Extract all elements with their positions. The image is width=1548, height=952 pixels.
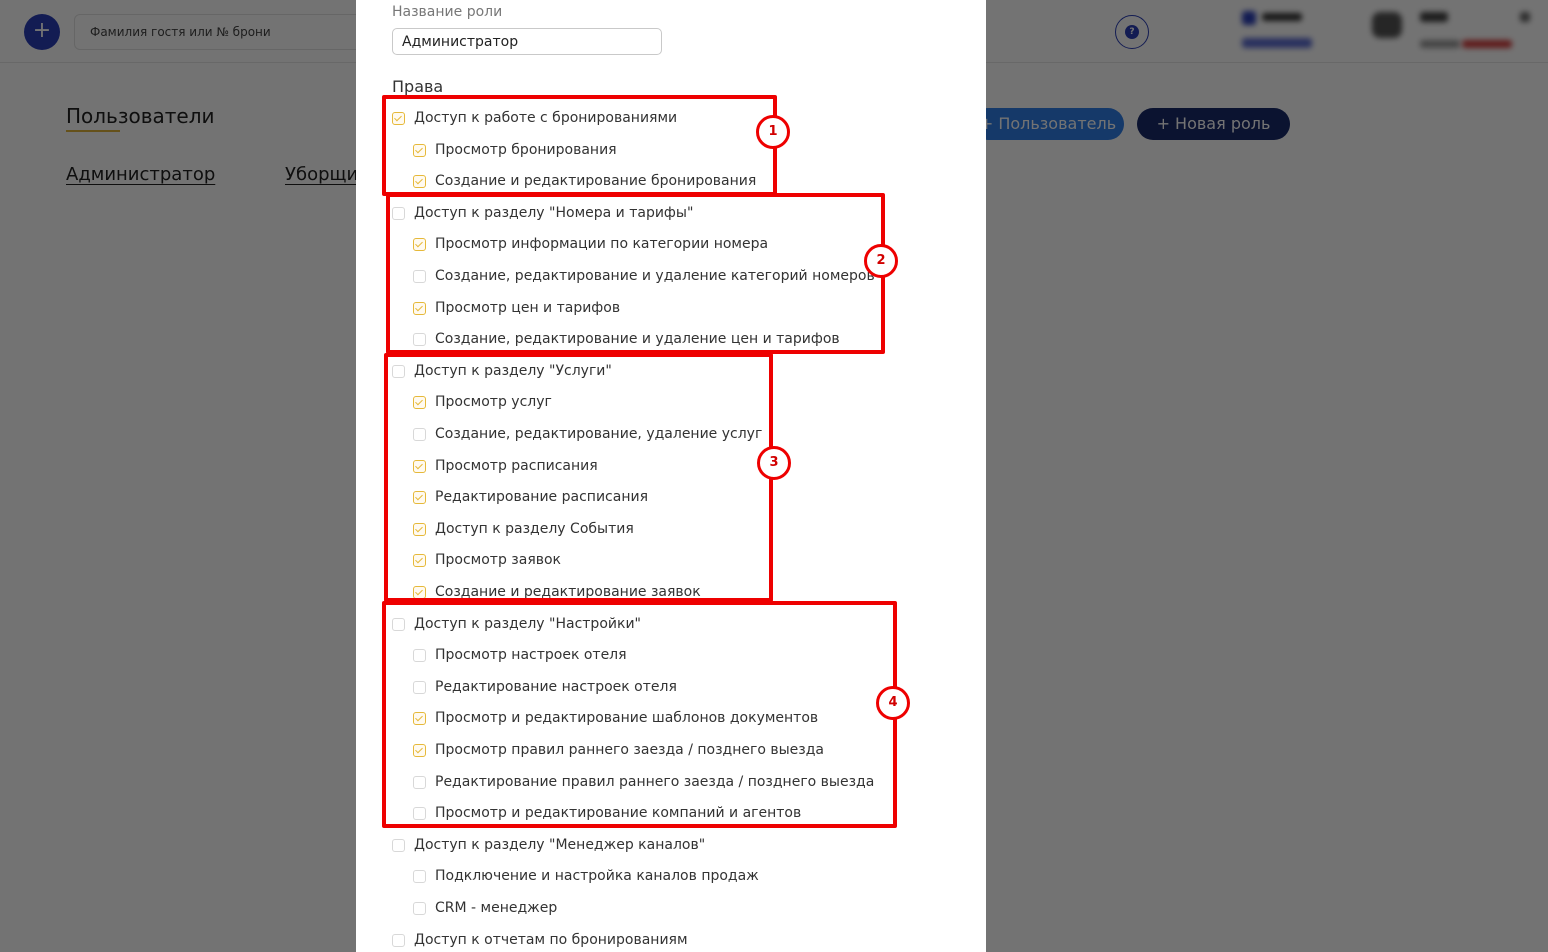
permission-label: Редактирование настроек отеля [435,679,677,695]
permission-row[interactable]: Создание и редактирование заявок [413,581,701,603]
checkbox-checked[interactable] [413,744,426,757]
permission-row[interactable]: Доступ к разделу "Номера и тарифы" [392,202,693,224]
permission-row[interactable]: Просмотр и редактирование компаний и аге… [413,802,801,824]
checkbox-checked[interactable] [413,460,426,473]
permission-label: Доступ к отчетам по бронированиям [414,932,688,948]
checkbox-unchecked[interactable] [413,681,426,694]
permission-row[interactable]: Создание, редактирование и удаление кате… [413,265,875,287]
role-modal: Название роли Права Доступ к работе с бр… [356,0,986,952]
permission-row[interactable]: Просмотр услуг [413,391,552,413]
permission-row[interactable]: Подключение и настройка каналов продаж [413,865,759,887]
checkbox-unchecked[interactable] [413,870,426,883]
checkbox-unchecked[interactable] [392,207,405,220]
permission-label: Просмотр заявок [435,552,561,568]
permission-row[interactable]: Просмотр бронирования [413,139,617,161]
checkbox-checked[interactable] [413,712,426,725]
permission-row[interactable]: Просмотр правил раннего заезда / позднег… [413,739,824,761]
permission-row[interactable]: Просмотр и редактирование шаблонов докум… [413,707,818,729]
permission-label: Редактирование правил раннего заезда / п… [435,774,874,790]
checkbox-checked[interactable] [413,554,426,567]
permission-label: Создание, редактирование и удаление цен … [435,331,840,347]
checkbox-checked[interactable] [413,238,426,251]
permission-label: Просмотр и редактирование компаний и аге… [435,805,801,821]
checkbox-checked[interactable] [413,523,426,536]
checkbox-unchecked[interactable] [413,902,426,915]
permission-row[interactable]: Просмотр информации по категории номера [413,233,768,255]
permission-label: Просмотр бронирования [435,142,617,158]
permission-label: Доступ к разделу "Номера и тарифы" [414,205,693,221]
permission-row[interactable]: Создание, редактирование, удаление услуг [413,423,762,445]
permission-label: Доступ к разделу "Услуги" [414,363,612,379]
checkbox-unchecked[interactable] [392,618,405,631]
permission-row[interactable]: Доступ к разделу "Настройки" [392,613,641,635]
permission-label: Доступ к разделу "Менеджер каналов" [414,837,705,853]
permission-label: Создание, редактирование, удаление услуг [435,426,762,442]
permission-row[interactable]: Создание и редактирование бронирования [413,170,756,192]
permission-label: Просмотр расписания [435,458,598,474]
permission-label: Просмотр правил раннего заезда / позднег… [435,742,824,758]
permission-label: Доступ к разделу События [435,521,634,537]
permission-label: Доступ к работе с бронированиями [414,110,677,126]
permission-label: Создание, редактирование и удаление кате… [435,268,875,284]
checkbox-unchecked[interactable] [413,807,426,820]
permission-row[interactable]: Доступ к отчетам по бронированиям [392,929,688,951]
checkbox-checked[interactable] [392,112,405,125]
permission-row[interactable]: Просмотр расписания [413,455,598,477]
annotation-marker-4: 4 [876,686,910,720]
permission-row[interactable]: Доступ к работе с бронированиями [392,107,677,129]
permission-row[interactable]: Просмотр заявок [413,549,561,571]
permission-label: Доступ к разделу "Настройки" [414,616,641,632]
permission-row[interactable]: Доступ к разделу "Менеджер каналов" [392,834,705,856]
annotation-marker-1: 1 [756,115,790,149]
permission-label: Редактирование расписания [435,489,648,505]
permission-row[interactable]: Доступ к разделу "Услуги" [392,360,612,382]
checkbox-checked[interactable] [413,175,426,188]
checkbox-unchecked[interactable] [413,333,426,346]
permission-label: CRM - менеджер [435,900,557,916]
permission-row[interactable]: Доступ к разделу События [413,518,634,540]
checkbox-checked[interactable] [413,302,426,315]
permission-row[interactable]: Редактирование настроек отеля [413,676,677,698]
permission-label: Просмотр настроек отеля [435,647,627,663]
permission-row[interactable]: Редактирование правил раннего заезда / п… [413,771,874,793]
checkbox-checked[interactable] [413,144,426,157]
permission-row[interactable]: Редактирование расписания [413,486,648,508]
permission-row[interactable]: Создание, редактирование и удаление цен … [413,328,840,350]
role-name-input[interactable] [392,28,662,55]
permission-label: Просмотр информации по категории номера [435,236,768,252]
checkbox-unchecked[interactable] [392,934,405,947]
permission-label: Просмотр и редактирование шаблонов докум… [435,710,818,726]
permission-label: Создание и редактирование заявок [435,584,701,600]
checkbox-checked[interactable] [413,396,426,409]
permission-row[interactable]: Просмотр настроек отеля [413,644,627,666]
permission-label: Просмотр услуг [435,394,552,410]
checkbox-unchecked[interactable] [392,839,405,852]
rights-label: Права [392,77,443,96]
checkbox-unchecked[interactable] [392,365,405,378]
role-name-label: Название роли [392,4,502,20]
annotation-marker-2: 2 [864,244,898,278]
checkbox-unchecked[interactable] [413,649,426,662]
checkbox-unchecked[interactable] [413,270,426,283]
checkbox-checked[interactable] [413,491,426,504]
checkbox-checked[interactable] [413,586,426,599]
permission-label: Создание и редактирование бронирования [435,173,756,189]
annotation-marker-3: 3 [757,446,791,480]
permission-label: Просмотр цен и тарифов [435,300,620,316]
checkbox-unchecked[interactable] [413,428,426,441]
permission-row[interactable]: Просмотр цен и тарифов [413,297,620,319]
checkbox-unchecked[interactable] [413,776,426,789]
permission-label: Подключение и настройка каналов продаж [435,868,759,884]
permission-row[interactable]: CRM - менеджер [413,897,557,919]
